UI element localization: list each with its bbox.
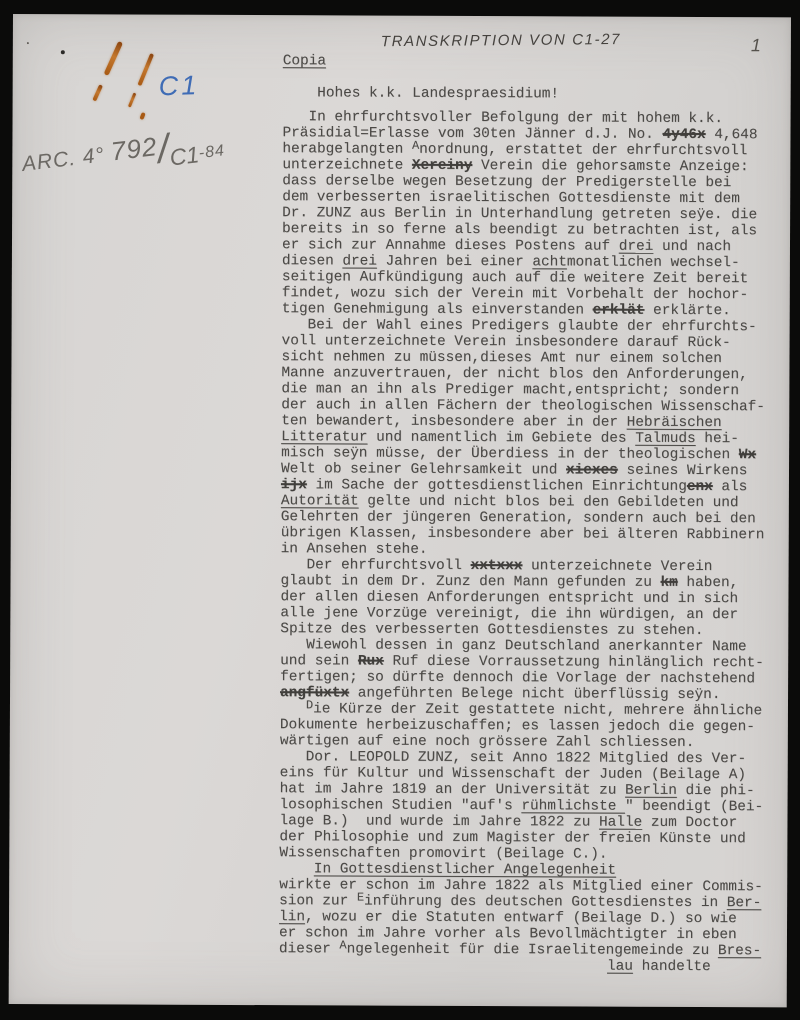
archive-ref-prefix: ARC. 4° xyxy=(21,143,113,176)
struck-text-segment: erklät xyxy=(593,303,645,319)
underlined-text-segment: Berlin xyxy=(625,783,677,799)
text-segment: tigen Genehmigung als einverstanden xyxy=(282,301,593,318)
text-segment: voll unterzeichnete Verein insbesondere … xyxy=(282,333,731,351)
text-segment: ie Kürze der Zeit gestattete nicht, mehr… xyxy=(313,701,762,719)
document-page: TRANSKRIPTION VON C1-27 1 C1 ARC. 4° 792… xyxy=(9,14,791,1007)
text-segment: erklärte. xyxy=(644,303,730,319)
text-segment: ten bewandert, insbesondere aber in der xyxy=(281,413,627,431)
text-segment: hat im Jahre 1819 an der Universität zu xyxy=(280,781,626,799)
text-segment: glaubt in dem Dr. Zunz den Mann gefunden… xyxy=(280,573,660,591)
text-segment: der allen diesen Anforderungen entsprich… xyxy=(280,589,738,607)
text-segment xyxy=(280,701,306,717)
text-segment: dem verbesserten israelitischen Gottesdi… xyxy=(282,189,740,207)
text-segment: , wozu er die Statuten entwarf (Beilage … xyxy=(305,909,737,927)
text-segment: lage B.) und wurde im Jahre 1822 zu xyxy=(279,813,599,830)
archive-ref-number: 792 xyxy=(109,131,159,166)
underlined-text-segment: Copia xyxy=(283,53,326,69)
copia-heading: Copia xyxy=(283,53,326,69)
struck-text-segment: Wx xyxy=(739,447,756,463)
struck-text-segment: enx xyxy=(687,479,713,495)
text-segment: sion zur xyxy=(279,893,357,909)
text-segment: alle jene Vorzüge vereinigt, die ihn wür… xyxy=(280,605,738,623)
text-segment: A xyxy=(412,139,419,153)
text-line: Copia xyxy=(283,53,326,69)
text-segment: er sich zur Annahme dieses Postens auf xyxy=(282,237,619,254)
text-segment: angeführten Belege nicht überflüssig seÿ… xyxy=(349,685,720,703)
text-segment: 4,648 xyxy=(706,127,758,143)
underlined-text-segment: Ber- xyxy=(727,895,762,911)
paper-speck xyxy=(61,50,65,54)
text-segment: er schon im Jahre vorher als Bevollmächt… xyxy=(279,925,737,943)
text-segment: und sein xyxy=(280,653,358,669)
text-segment: gelte und nicht blos bei den Gebildeten … xyxy=(359,494,739,512)
struck-text-segment: Rux xyxy=(358,654,384,670)
text-segment: losophischen Studien "auf's xyxy=(280,797,522,814)
text-segment: als xyxy=(713,479,748,495)
text-segment: Hohes k.k. Landespraesidium! xyxy=(283,85,559,102)
text-segment: dass derselbe wegen Besetzung der Predig… xyxy=(282,173,731,191)
text-segment: unterzeichnete xyxy=(282,157,412,174)
text-segment: Welt ob seiner Gelehrsamkeit und xyxy=(281,461,566,478)
struck-text-segment: km xyxy=(660,575,677,591)
salutation: Hohes k.k. Landespraesidium! xyxy=(283,85,559,102)
document-body: In ehrfurchtsvoller Befolgung der mit ho… xyxy=(279,109,766,975)
text-segment: Jahren bei einer xyxy=(377,254,533,271)
underlined-text-segment: Bres- xyxy=(718,943,761,959)
text-segment: diesen xyxy=(282,253,343,269)
text-segment: Ruf diese Vorraussetzung hinlänglich rec… xyxy=(384,654,764,672)
struck-text-segment: Xereiny xyxy=(412,158,473,174)
text-segment: Spitze des verbesserten Gottesdienstes z… xyxy=(280,621,703,639)
struck-text-segment: ijx xyxy=(281,477,307,493)
orange-ink-stroke xyxy=(137,53,154,86)
underlined-text-segment: drei xyxy=(619,239,654,255)
text-segment: misch seÿn müsse, der Überdiess in der t… xyxy=(281,445,739,463)
struck-text-segment: 4y46x xyxy=(662,127,705,143)
underlined-text-segment: In Gottesdienstlicher Angelegenheit xyxy=(314,861,616,878)
text-segment: monatlichen wechsel- xyxy=(567,254,740,271)
text-segment: wärtigen auf eine noch grössere Zahl sch… xyxy=(280,733,695,751)
text-segment: die phi- xyxy=(677,783,755,799)
orange-ink-stroke xyxy=(128,93,136,108)
text-segment: Wissenschaften promovirt (Beilage C.). xyxy=(279,845,607,862)
text-segment: " beendigt (Bei- xyxy=(625,799,763,816)
text-segment: nordnung, erstattet der ehrfurchtsvoll xyxy=(419,142,747,159)
text-segment: E xyxy=(357,891,364,905)
underlined-text-segment: drei xyxy=(342,253,377,269)
underlined-text-segment: Hebräischen xyxy=(627,415,722,431)
text-segment: sicht nehmen zu müssen,dieses Amt nur ei… xyxy=(281,349,722,367)
archive-ref-suffix: -84 xyxy=(198,142,226,162)
text-segment: dieser xyxy=(279,941,340,957)
text-segment: die man an ihn als Prediger macht,entspr… xyxy=(281,381,739,399)
text-segment: unterzeichnete Verein xyxy=(522,558,712,575)
text-segment: herabgelangten xyxy=(282,141,412,158)
text-segment xyxy=(279,957,607,974)
underlined-text-segment: Litteratur xyxy=(281,429,367,445)
page-number: 1 xyxy=(751,35,761,56)
underlined-text-segment: rühmlichste xyxy=(521,798,625,814)
text-segment: Präsidial=Erlasse vom 30ten Jänner d.J. … xyxy=(282,125,662,143)
text-segment: und nach xyxy=(653,239,731,255)
text-line: Hohes k.k. Landespraesidium! xyxy=(283,85,559,102)
orange-ink-stroke xyxy=(104,41,123,76)
scan-background: TRANSKRIPTION VON C1-27 1 C1 ARC. 4° 792… xyxy=(0,0,800,1020)
paper-speck xyxy=(27,42,29,44)
orange-ink-stroke xyxy=(92,84,103,101)
struck-text-segment: xiexes xyxy=(566,462,618,478)
text-segment: in Ansehen stehe. xyxy=(281,541,428,558)
struck-text-segment: xxtxxx xyxy=(471,558,523,574)
archive-reference: ARC. 4° 792/C1-84 xyxy=(20,120,227,189)
underlined-text-segment: Autorität xyxy=(281,493,359,509)
text-segment: seines Wirkens xyxy=(618,463,748,480)
text-segment: hei- xyxy=(696,431,739,447)
underlined-text-segment: Halle xyxy=(599,815,642,831)
text-segment: ngelegenheit für die Israelitengemeinde … xyxy=(347,941,718,959)
text-segment: inführung des deutschen Gottesdienstes i… xyxy=(364,894,727,912)
struck-text-segment: angfüxtx xyxy=(280,685,349,701)
underlined-text-segment: lau xyxy=(607,959,633,975)
text-segment: Verein die gehorsamste Anzeige: xyxy=(472,158,748,175)
underlined-text-segment: Talmuds xyxy=(635,431,696,447)
text-segment: D xyxy=(306,698,313,712)
orange-ink-speck xyxy=(139,112,145,120)
text-segment: und namentlich im Gebiete des xyxy=(367,430,635,447)
text-segment: im Sache der gottesdienstlichen Einricht… xyxy=(307,477,687,495)
text-segment: A xyxy=(339,938,346,952)
text-segment xyxy=(279,861,314,877)
handwritten-transcription-note: TRANSKRIPTION VON C1-27 xyxy=(381,31,621,50)
text-segment: In ehrfurchtsvoller Befolgung der mit ho… xyxy=(283,109,724,127)
text-segment: handelte xyxy=(633,959,711,975)
text-line: lau handelte xyxy=(279,957,763,975)
underlined-text-segment: acht xyxy=(532,254,567,270)
text-segment: haben, xyxy=(678,575,739,591)
archive-ref-code: C1 xyxy=(168,141,200,170)
text-segment: zum Doctor xyxy=(642,815,737,831)
document-code-blue: C1 xyxy=(158,70,199,102)
underlined-text-segment: lin xyxy=(279,909,305,925)
text-segment: Der ehrfurchtsvoll xyxy=(281,557,471,574)
